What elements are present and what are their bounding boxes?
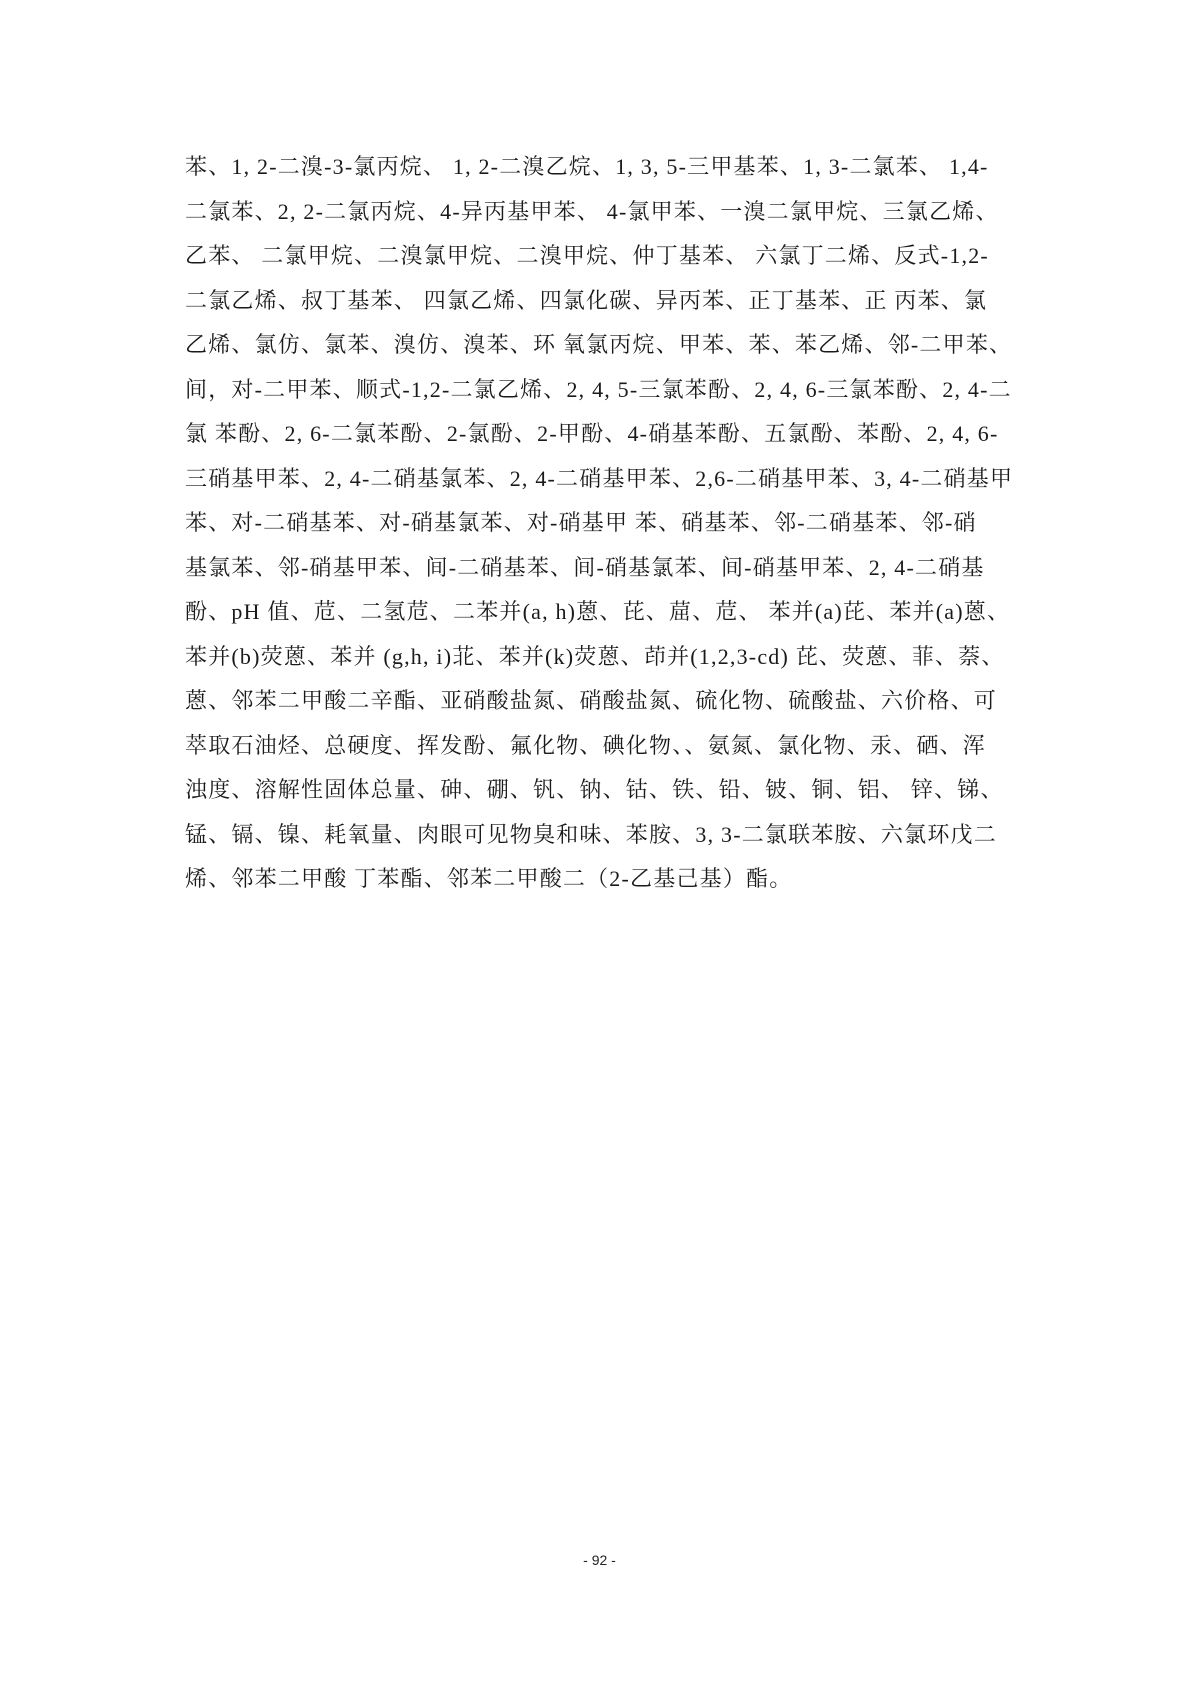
text-line: 苯并(b)荧蒽、苯并 (g,h, i)苝、苯并(k)荧蒽、茚并(1,2,3-cd… <box>185 635 1015 680</box>
text-line: 乙苯、 二氯甲烷、二溴氯甲烷、二溴甲烷、仲丁基苯、 六氯丁二烯、反式-1,2- <box>185 234 1015 279</box>
text-line: 浊度、溶解性固体总量、砷、硼、钒、钠、钴、铁、铅、铍、铜、铝、 锌、锑、 <box>185 768 1015 813</box>
text-line: 间，对-二甲苯、顺式-1,2-二氯乙烯、2, 4, 5-三氯苯酚、2, 4, 6… <box>185 368 1015 413</box>
text-line: 烯、邻苯二甲酸 丁苯酯、邻苯二甲酸二（2-乙基己基）酯。 <box>185 857 1015 902</box>
text-line: 三硝基甲苯、2, 4-二硝基氯苯、2, 4-二硝基甲苯、2,6-二硝基甲苯、3,… <box>185 457 1015 502</box>
text-line: 氯 苯酚、2, 6-二氯苯酚、2-氯酚、2-甲酚、4-硝基苯酚、五氯酚、苯酚、2… <box>185 412 1015 457</box>
text-line: 锰、镉、镍、耗氧量、肉眼可见物臭和味、苯胺、3, 3-二氯联苯胺、六氯环戊二 <box>185 813 1015 858</box>
body-paragraph: 苯、1, 2-二溴-3-氯丙烷、 1, 2-二溴乙烷、1, 3, 5-三甲基苯、… <box>185 145 1015 902</box>
text-line: 基氯苯、邻-硝基甲苯、间-二硝基苯、间-硝基氯苯、间-硝基甲苯、2, 4-二硝基 <box>185 546 1015 591</box>
text-line: 二氯苯、2, 2-二氯丙烷、4-异丙基甲苯、 4-氯甲苯、一溴二氯甲烷、三氯乙烯… <box>185 190 1015 235</box>
text-line: 萃取石油烃、总硬度、挥发酚、氟化物、碘化物、、氨氮、氯化物、汞、硒、浑 <box>185 724 1015 769</box>
text-line: 蒽、邻苯二甲酸二辛酯、亚硝酸盐氮、硝酸盐氮、硫化物、硫酸盐、六价格、可 <box>185 679 1015 724</box>
page-number: - 92 - <box>0 1552 1199 1568</box>
text-line: 苯、对-二硝基苯、对-硝基氯苯、对-硝基甲 苯、硝基苯、邻-二硝基苯、邻-硝 <box>185 501 1015 546</box>
text-line: 乙烯、氯仿、氯苯、溴仿、溴苯、环 氧氯丙烷、甲苯、苯、苯乙烯、邻-二甲苯、 <box>185 323 1015 368</box>
text-line: 酚、pH 值、苊、二氢苊、二苯并(a, h)蒽、芘、䓛、苊、 苯并(a)芘、苯并… <box>185 590 1015 635</box>
text-line: 苯、1, 2-二溴-3-氯丙烷、 1, 2-二溴乙烷、1, 3, 5-三甲基苯、… <box>185 145 1015 190</box>
text-line: 二氯乙烯、叔丁基苯、 四氯乙烯、四氯化碳、异丙苯、正丁基苯、正 丙苯、氯 <box>185 279 1015 324</box>
document-page: 苯、1, 2-二溴-3-氯丙烷、 1, 2-二溴乙烷、1, 3, 5-三甲基苯、… <box>0 0 1199 1696</box>
